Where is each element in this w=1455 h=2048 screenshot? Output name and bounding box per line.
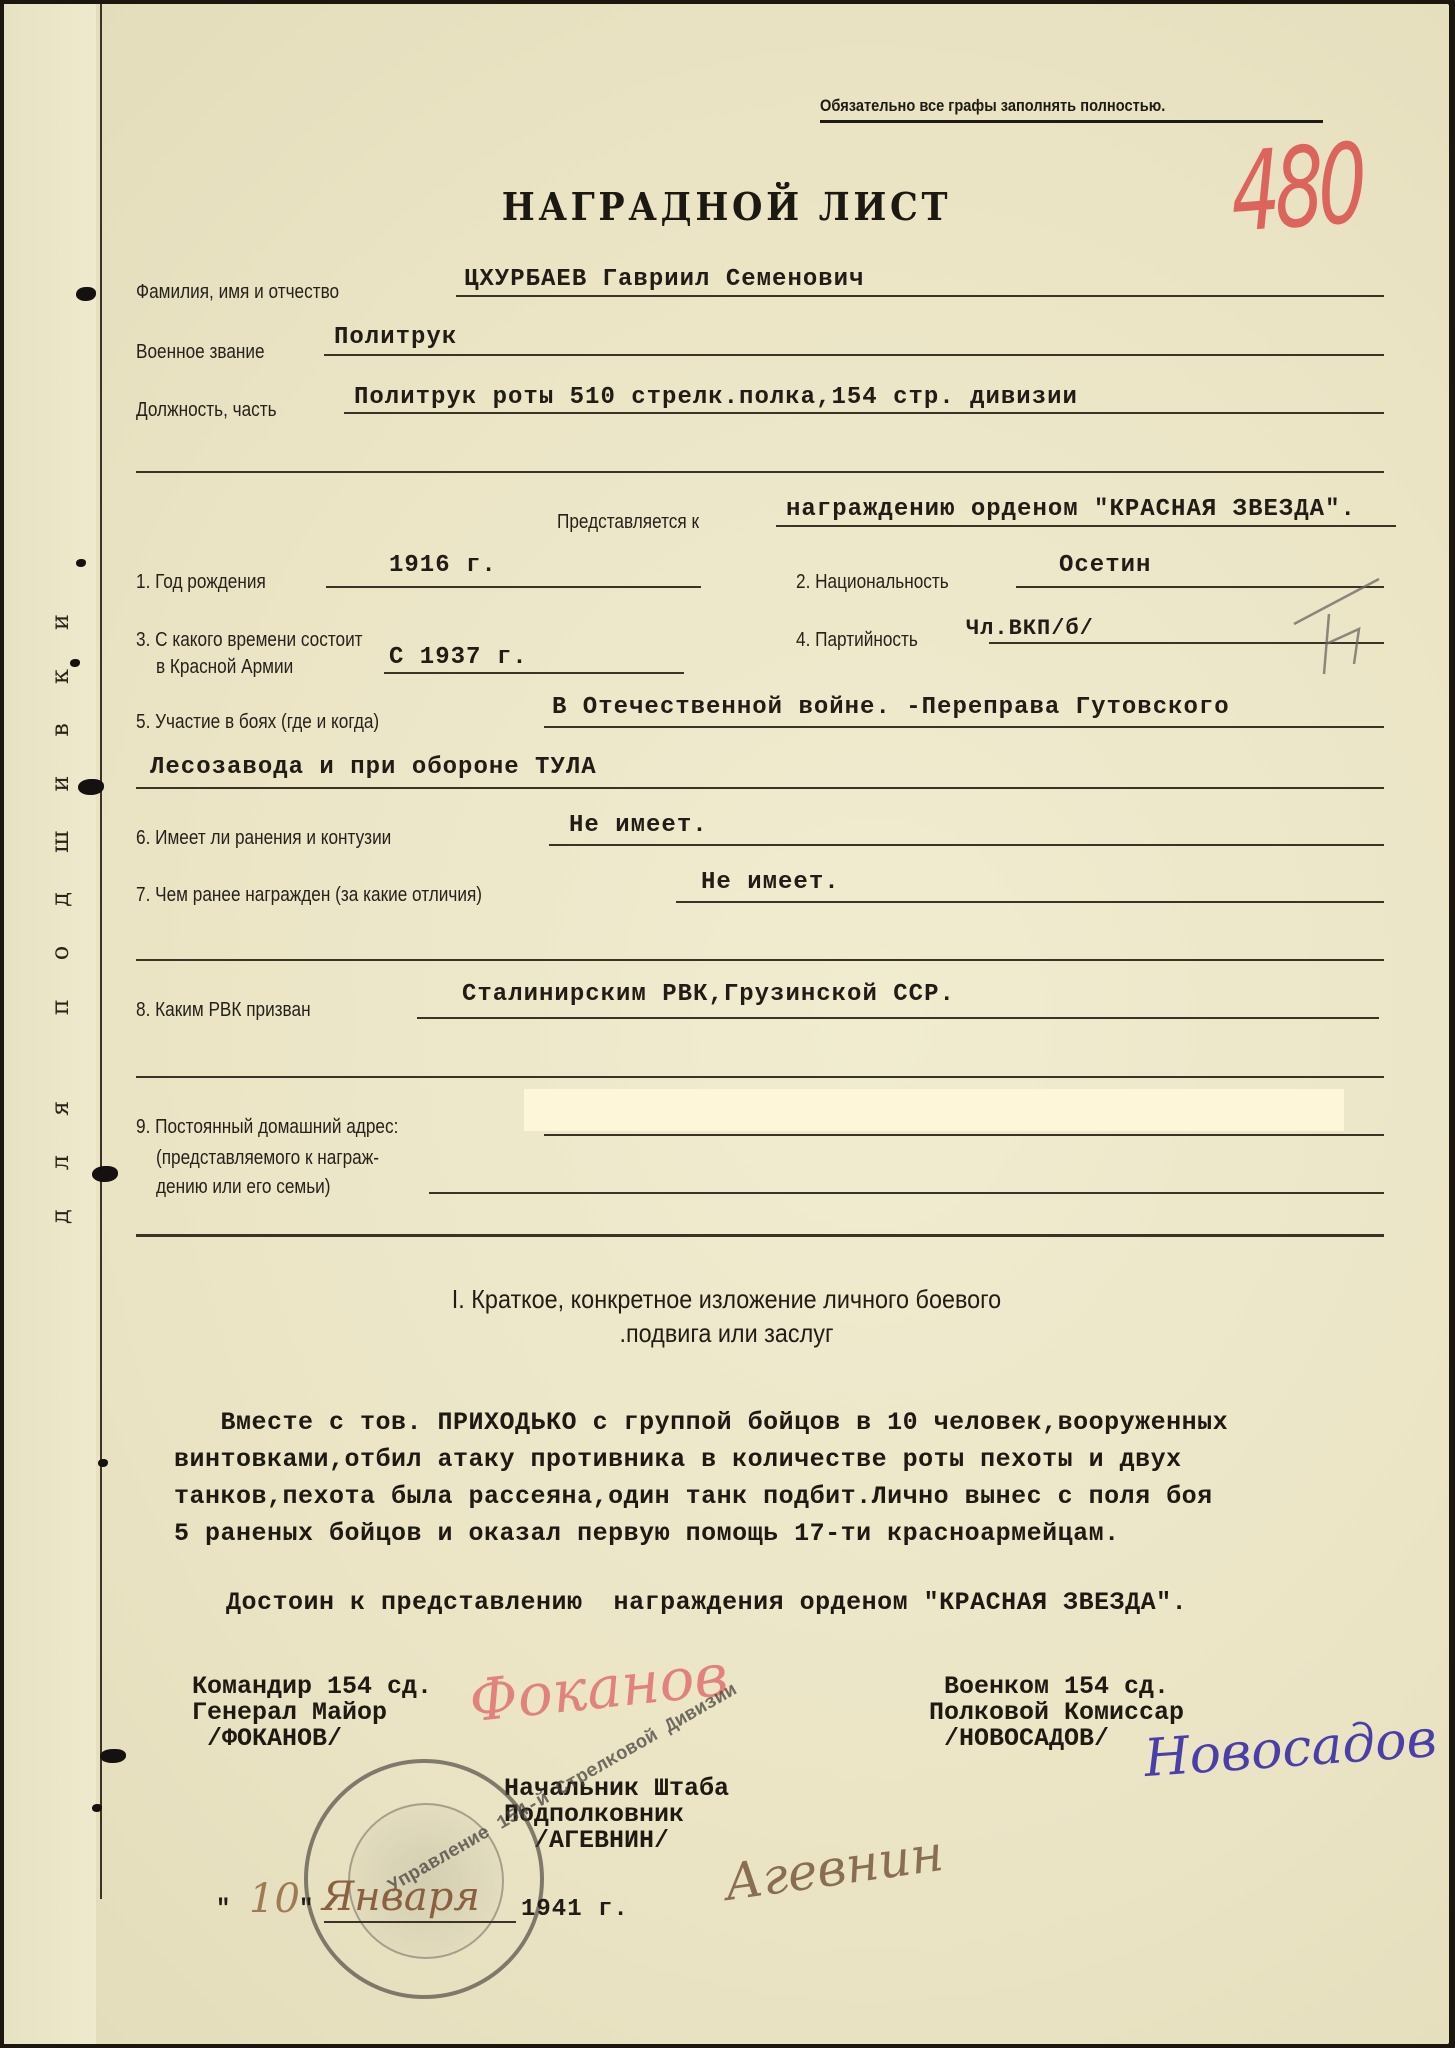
drafted-by-label: 8. Каким РВК призван xyxy=(136,999,311,1022)
service-since-label-2: в Красной Армии xyxy=(156,656,293,679)
date-month: Января xyxy=(322,1874,480,1920)
battles-label: 5. Участие в боях (где и когда) xyxy=(136,711,379,734)
party-value: Чл.ВКП/б/ xyxy=(966,616,1094,641)
section-heading-2: .подвига или заслуг xyxy=(76,1318,1377,1349)
address-label-3: дению или его семьи) xyxy=(156,1176,331,1199)
service-since-underline xyxy=(384,672,684,674)
handwritten-check-mark xyxy=(1284,574,1394,684)
prior-awards-underline xyxy=(676,901,1384,903)
date-year: 1941 г. xyxy=(521,1896,629,1923)
rank-label: Военное звание xyxy=(136,341,265,364)
party-label: 4. Партийность xyxy=(796,629,918,652)
wounds-value: Не имеет. xyxy=(569,812,708,839)
date-day: 10 xyxy=(249,1876,300,1922)
battles-underline-2 xyxy=(136,787,1384,789)
battles-underline xyxy=(544,726,1384,728)
battles-value-1: В Отечественной войне. -Переправа Гутовс… xyxy=(552,694,1230,721)
date-quote-open: " xyxy=(216,1896,231,1923)
award-value: награждению орденом "КРАСНАЯ ЗВЕЗДА". xyxy=(786,496,1356,523)
nationality-label: 2. Национальность xyxy=(796,571,949,594)
margin-rule xyxy=(100,4,102,1899)
commissar-signature: Новосадов xyxy=(1142,1709,1438,1789)
page-title: НАГРАДНОЙ ЛИСТ xyxy=(62,184,1391,229)
nationality-value: Осетин xyxy=(1059,552,1151,579)
fio-label: Фамилия, имя и отчество xyxy=(136,281,339,304)
drafted-by-value: Сталинирским РВК,Грузинской ССР. xyxy=(462,981,955,1008)
binding-hole xyxy=(76,287,96,301)
binding-hole xyxy=(100,1749,126,1763)
binding-hole xyxy=(98,1459,108,1467)
address-underline-2 xyxy=(429,1192,1384,1194)
binding-hole xyxy=(92,1804,102,1812)
position-value: Политрук роты 510 стрелк.полка,154 стр. … xyxy=(354,384,1078,411)
battles-value-2: Лесозавода и при обороне ТУЛА xyxy=(150,754,597,781)
fio-value: ЦХУРБАЕВ Гавриил Семенович xyxy=(464,266,864,293)
date-month-underline xyxy=(324,1921,516,1923)
section-divider xyxy=(136,1234,1384,1237)
prior-awards-label: 7. Чем ранее награжден (за какие отличия… xyxy=(136,884,482,907)
merit-paragraph: Вместе с тов. ПРИХОДЬКО с группой бойцов… xyxy=(174,1404,1228,1552)
position-label: Должность, часть xyxy=(136,399,277,422)
date-quote-close: " xyxy=(299,1896,314,1923)
binding-hole xyxy=(70,659,80,667)
binding-hole xyxy=(92,1166,118,1182)
chief-of-staff-signature: Агевнин xyxy=(721,1824,947,1912)
wounds-label: 6. Имеет ли ранения и контузии xyxy=(136,827,391,850)
prior-awards-value: Не имеет. xyxy=(701,869,840,896)
position-underline-2 xyxy=(136,471,1384,473)
address-label-1: 9. Постоянный домашний адрес: xyxy=(136,1116,398,1139)
commander-signature-block: Командир 154 сд.Генерал Майор /ФОКАНОВ/ xyxy=(192,1674,432,1752)
service-since-label-1: 3. С какого времени состоит xyxy=(136,629,363,652)
address-label-2: (представляемого к награж- xyxy=(156,1147,379,1170)
mandatory-note: Обязательно все графы заполнять полность… xyxy=(820,96,1165,116)
binding-hole xyxy=(78,779,104,795)
birth-year-underline xyxy=(326,586,701,588)
fio-underline xyxy=(456,295,1384,297)
award-label: Представляется к xyxy=(557,511,699,534)
binding-hole xyxy=(76,559,86,567)
award-sheet-page: для подшивки Обязательно все графы запол… xyxy=(4,4,1449,2044)
conclusion: Достоин к представлению награждения орде… xyxy=(226,1584,1187,1621)
position-underline xyxy=(344,412,1384,414)
address-underline xyxy=(544,1134,1384,1136)
binding-margin-label: для подшивки xyxy=(76,604,78,1904)
rank-underline xyxy=(324,354,1384,356)
rank-value: Политрук xyxy=(334,324,457,351)
birth-year-label: 1. Год рождения xyxy=(136,571,266,594)
mandatory-note-underline xyxy=(820,120,1323,123)
award-underline xyxy=(776,525,1396,527)
service-since-value: С 1937 г. xyxy=(389,644,528,671)
drafted-by-underline xyxy=(417,1017,1379,1019)
drafted-by-underline-2 xyxy=(136,1076,1384,1078)
section-heading: I. Краткое, конкретное изложение личного… xyxy=(76,1284,1377,1315)
prior-awards-underline-2 xyxy=(136,959,1384,961)
wounds-underline xyxy=(549,844,1384,846)
birth-year-value: 1916 г. xyxy=(389,552,497,579)
redacted-address xyxy=(524,1089,1344,1131)
